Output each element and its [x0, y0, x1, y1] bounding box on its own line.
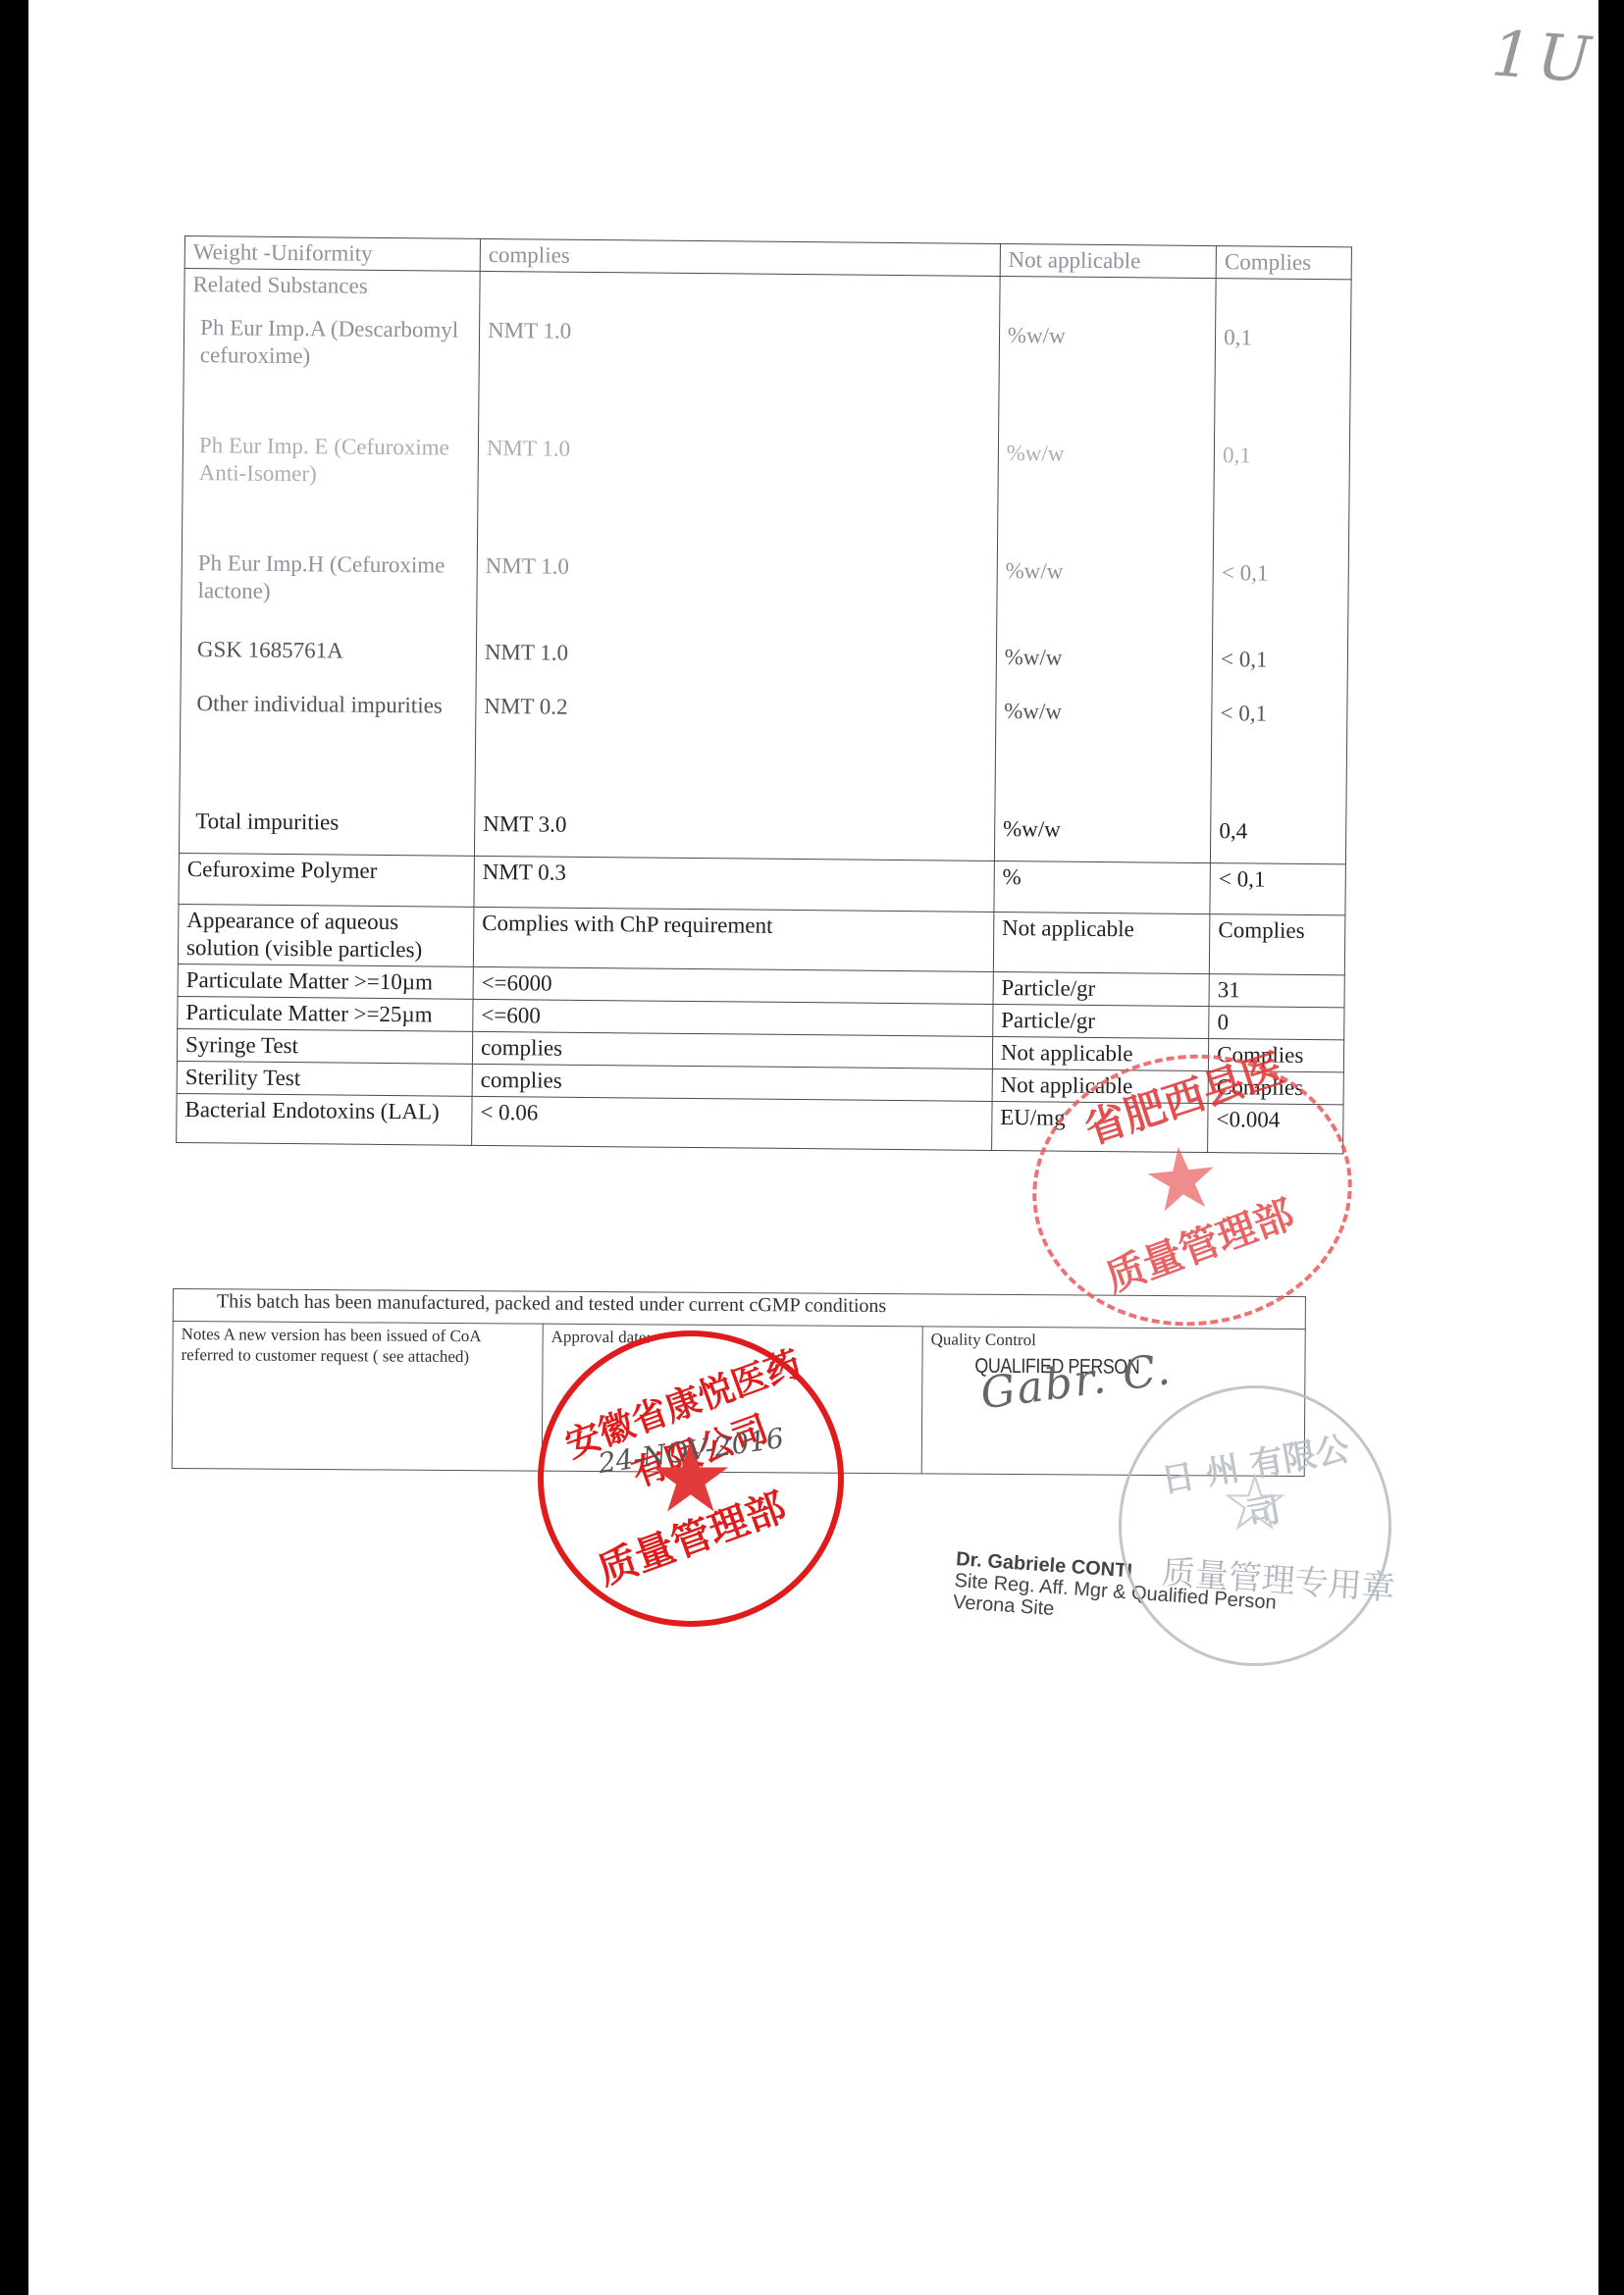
table-row: Total impuritiesNMT 3.0%w/w0,4 [179, 794, 1346, 863]
cell-unit [1000, 276, 1217, 310]
cell-result: 0,1 [1215, 310, 1351, 429]
cell-result: 0,4 [1211, 804, 1346, 863]
cell-test: Ph Eur Imp.H (Cefuroxime lactone) [182, 536, 478, 625]
cell-spec: complies [480, 238, 1000, 276]
star-icon: ☆ [1220, 1457, 1290, 1549]
cell-unit: %w/w [995, 684, 1213, 804]
cell-result: 0,1 [1214, 428, 1350, 547]
cell-spec: complies [472, 1031, 992, 1069]
cell-spec: NMT 1.0 [477, 539, 998, 630]
table-row: Appearance of aqueous solution (visible … [178, 904, 1345, 974]
cell-result [1216, 279, 1351, 312]
cell-result: Complies [1216, 246, 1351, 280]
cell-test: Particulate Matter >=10µm [178, 964, 473, 999]
red-company-stamp-main: 安徽省康悦医药有限公司 ★ 24-NOV-2016 质量管理部 [538, 1330, 844, 1627]
cell-test: Bacterial Endotoxins (LAL) [177, 1093, 472, 1145]
cell-test: GSK 1685761A [181, 622, 476, 679]
cell-spec: NMT 0.3 [474, 856, 994, 912]
cell-unit: %w/w [996, 630, 1213, 686]
cell-result: < 0,1 [1211, 686, 1347, 805]
cell-test: Syringe Test [177, 1028, 472, 1064]
cell-spec: <=600 [473, 999, 993, 1036]
cell-unit: Not applicable [993, 912, 1210, 973]
cell-test: Appearance of aqueous solution (visible … [178, 904, 474, 966]
notes-cell: Notes A new version has been issued of C… [172, 1322, 543, 1472]
cell-spec: Complies with ChP requirement [473, 907, 993, 971]
cell-unit: Not applicable [1000, 243, 1217, 278]
cell-test: Weight -Uniformity [184, 236, 480, 272]
cell-unit: %w/w [994, 802, 1211, 862]
cell-test: Other individual impurities [180, 676, 476, 797]
handwritten-page-number: 1U [1490, 18, 1599, 97]
scan-edge-left [0, 0, 28, 2295]
cell-test: Related Substances [184, 269, 480, 303]
cell-test: Ph Eur Imp. E (Cefuroxime Anti-Isomer) [183, 418, 479, 539]
table-row: Ph Eur Imp.H (Cefuroxime lactone)NMT 1.0… [182, 536, 1349, 633]
cell-unit: % [994, 861, 1211, 913]
cell-result: < 0,1 [1212, 632, 1347, 687]
grey-quality-stamp: 日 州 有限公司 ☆ 质量管理专用章 [1119, 1385, 1391, 1666]
cell-unit: %w/w [997, 426, 1215, 546]
cell-unit: Particle/gr [993, 971, 1210, 1006]
cell-spec [480, 271, 1000, 308]
cell-result: < 0,1 [1213, 546, 1349, 633]
table-row: Ph Eur Imp. E (Cefuroxime Anti-Isomer)NM… [183, 418, 1350, 547]
cell-spec: NMT 1.0 [476, 625, 996, 684]
cell-test: Sterility Test [177, 1061, 472, 1096]
cell-spec: NMT 0.2 [475, 679, 996, 802]
cell-result: < 0,1 [1210, 862, 1345, 914]
cell-spec: NMT 1.0 [478, 421, 999, 544]
cell-test: Total impurities [179, 794, 475, 856]
table-row: Other individual impuritiesNMT 0.2%w/w< … [180, 676, 1347, 805]
cell-spec: complies [472, 1064, 992, 1101]
notes-text: Notes A new version has been issued of C… [181, 1325, 480, 1366]
cell-spec: <=6000 [473, 966, 993, 1004]
scan-edge-right [1598, 0, 1624, 2295]
cell-unit: %w/w [998, 308, 1216, 428]
table-row: Ph Eur Imp.A (Descarbomyl cefuroxime)NMT… [183, 300, 1351, 429]
cell-unit: %w/w [996, 544, 1213, 632]
stamp-bottom-text: 质量管理专用章 [1160, 1545, 1398, 1610]
cell-spec: NMT 3.0 [474, 797, 994, 861]
cell-result: 31 [1209, 973, 1344, 1007]
cell-unit: Particle/gr [993, 1004, 1210, 1038]
cell-spec: < 0.06 [472, 1096, 992, 1150]
cell-test: Particulate Matter >=25µm [178, 996, 473, 1031]
cell-result: Complies [1210, 913, 1345, 974]
test-results-table: Weight -UniformitycompliesNot applicable… [176, 235, 1352, 1154]
cell-spec: NMT 1.0 [479, 303, 1000, 426]
cell-test: Ph Eur Imp.A (Descarbomyl cefuroxime) [183, 300, 480, 421]
cell-test: Cefuroxime Polymer [179, 853, 474, 907]
